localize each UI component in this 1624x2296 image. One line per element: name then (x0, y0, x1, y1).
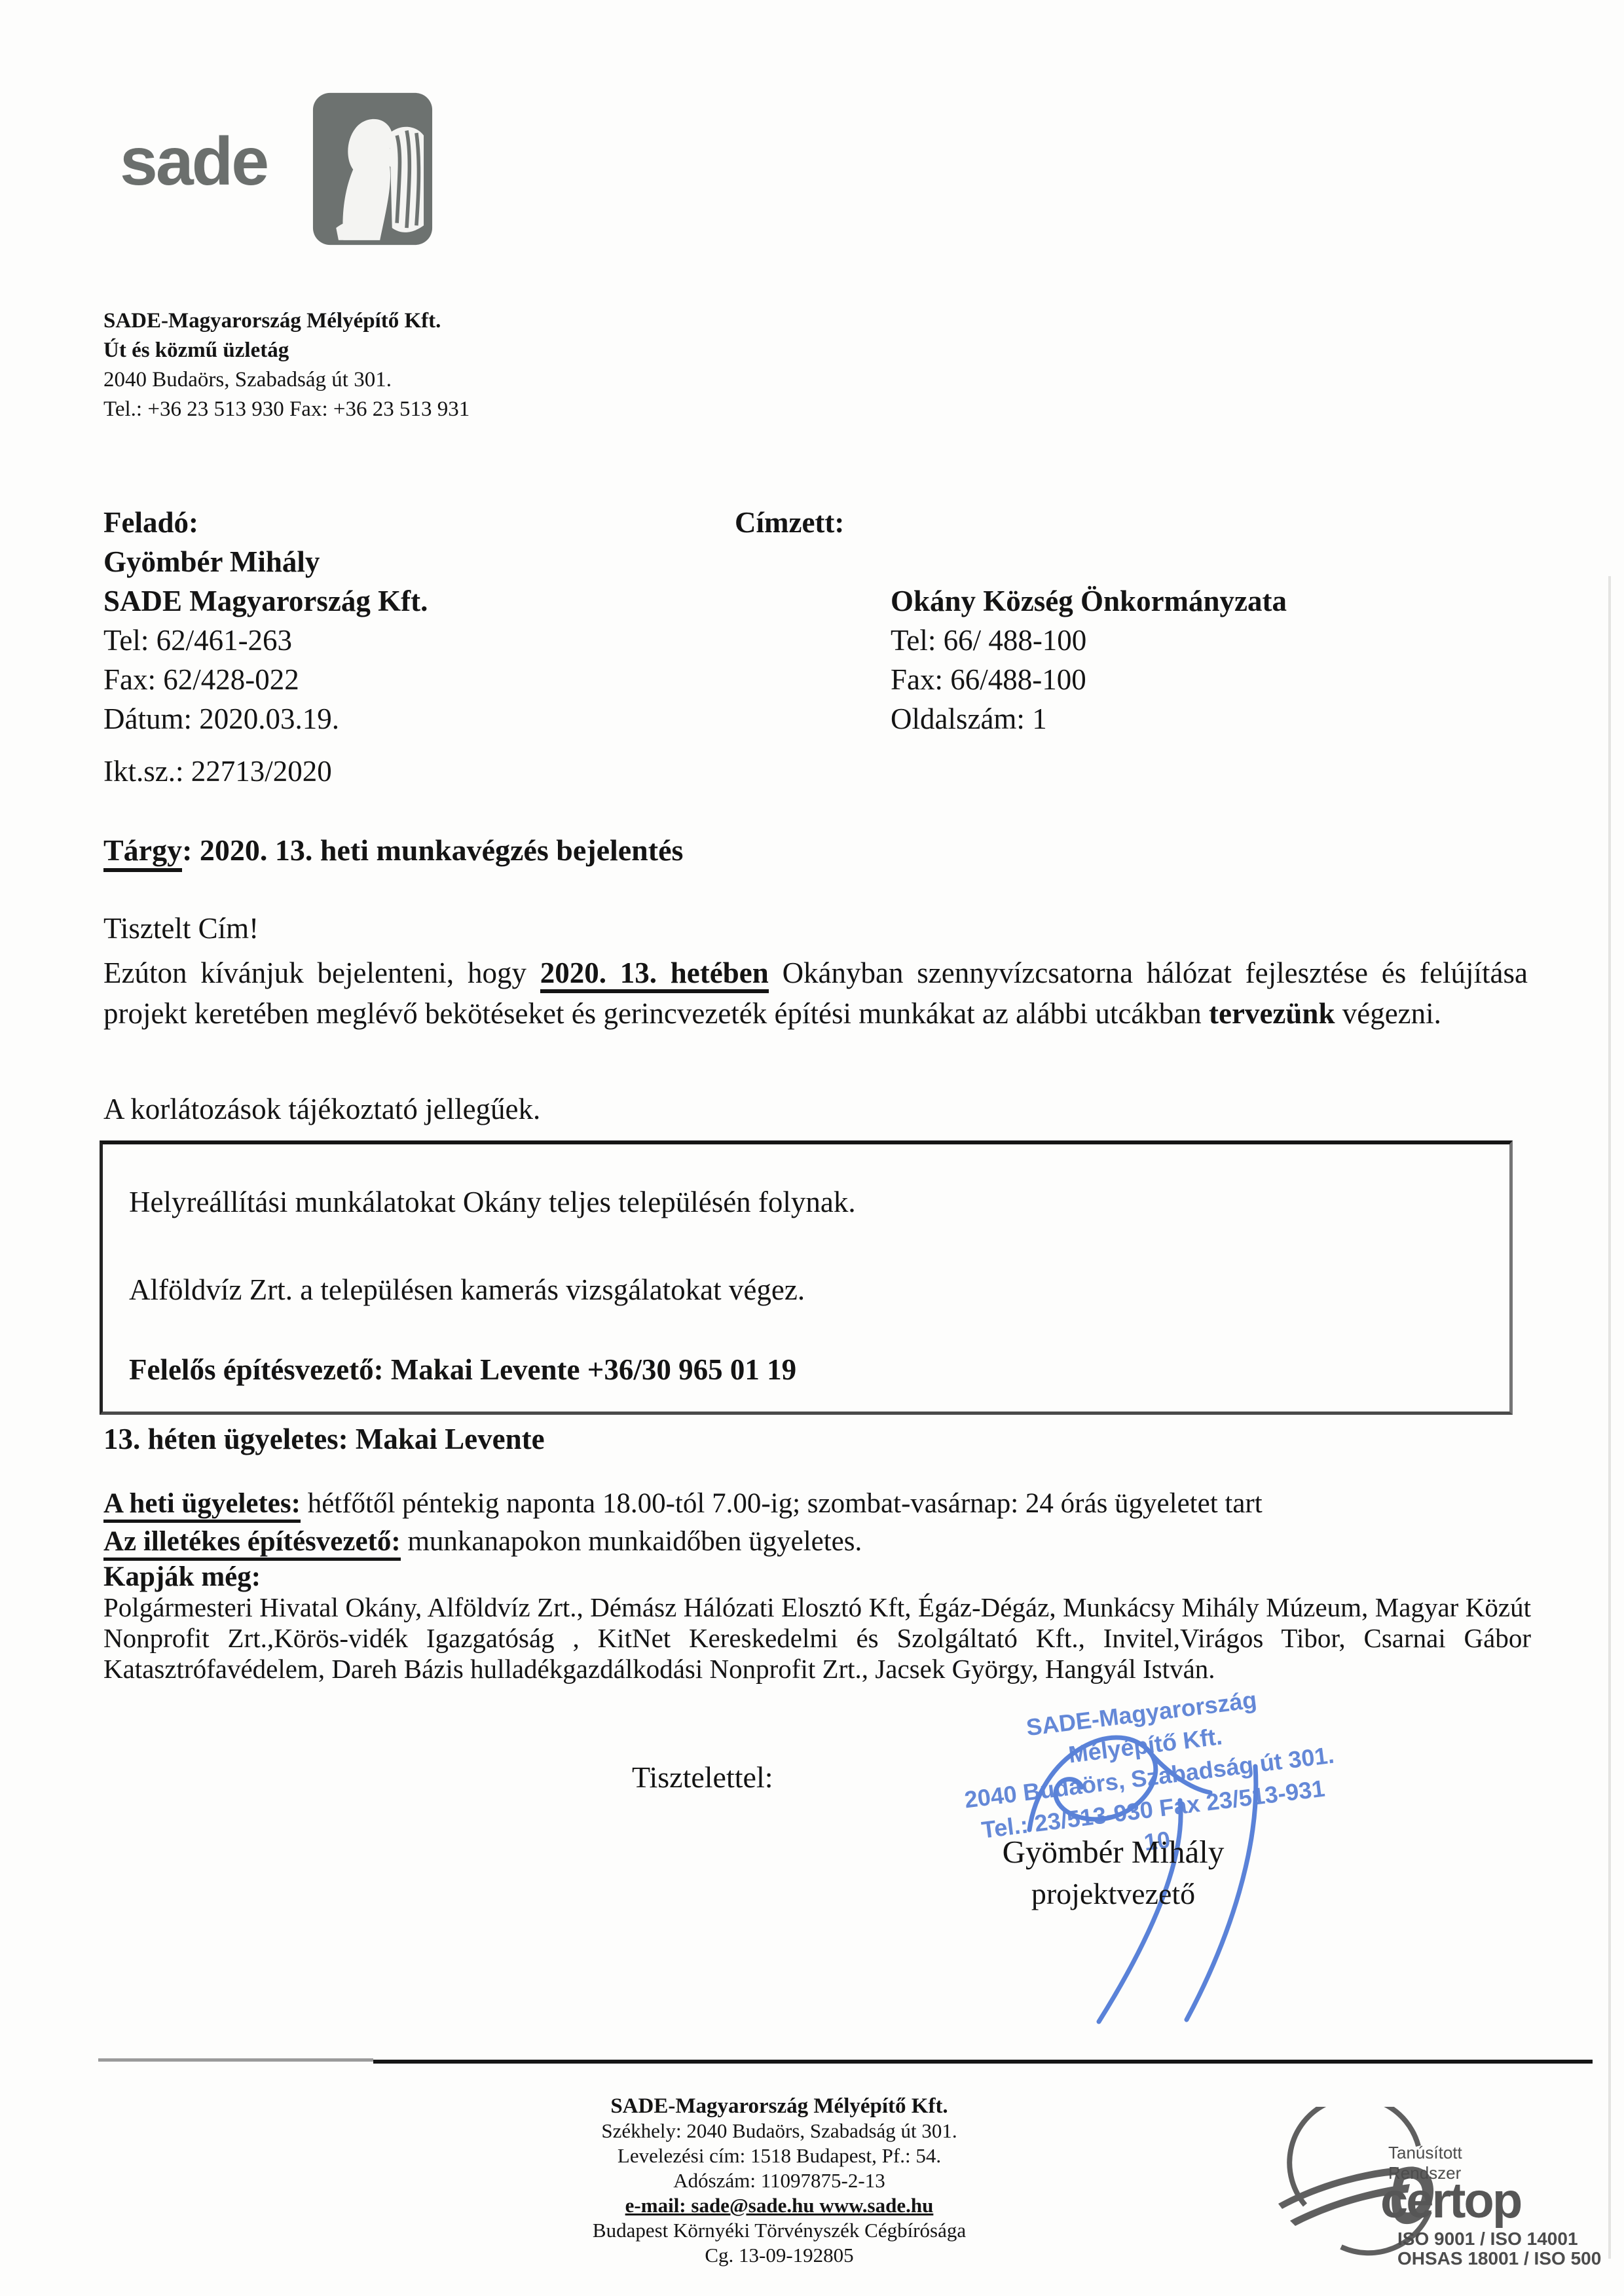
recipient-label: Címzett: (735, 505, 844, 539)
body-bold-word: tervezünk (1209, 997, 1335, 1030)
cc-label: Kapják még: (103, 1561, 261, 1593)
duty-supervisor-line: Az illetékes építésvezető: munkanapokon … (103, 1525, 862, 1558)
recipient-fax: Fax: 66/488-100 (891, 663, 1086, 697)
body-paragraph-2: A korlátozások tájékoztató jellegűek. (103, 1092, 540, 1126)
letterhead-line: Tel.: +36 23 513 930 Fax: +36 23 513 931 (103, 395, 470, 424)
letterhead-company-block: SADE-Magyarország Mélyépítő Kft. Út és k… (103, 306, 470, 424)
sender-company: SADE Magyarország Kft. (103, 584, 428, 618)
letterhead-line: Út és közmű üzletág (103, 336, 470, 365)
duty-supervisor-text: munkanapokon munkaidőben ügyeletes. (401, 1526, 862, 1557)
signer-name: Gyömbér Mihály (930, 1833, 1297, 1870)
recipient-name: Okány Község Önkormányzata (891, 584, 1287, 618)
closing-regards: Tisztelettel: (632, 1760, 773, 1795)
notice-line-site-manager: Felelős építésvezető: Makai Levente +36/… (129, 1353, 796, 1387)
footer-divider-gray (98, 2058, 373, 2062)
certop-tagline: Tanúsított (1388, 2143, 1462, 2163)
recipient-tel: Tel: 66/ 488-100 (891, 623, 1086, 657)
notice-line-alfoldviz: Alföldvíz Zrt. a településen kamerás viz… (129, 1273, 805, 1307)
duty-supervisor-label: Az illetékes építésvezető: (103, 1526, 401, 1561)
subject-line: Tárgy: 2020. 13. heti munkavégzés bejele… (103, 833, 683, 867)
body-paragraph-1: Ezúton kívánjuk bejelenteni, hogy 2020. … (103, 953, 1528, 1034)
duty-weekly-line: A heti ügyeletes: hétfőtől péntekig napo… (103, 1487, 1263, 1520)
footer-line: Adószám: 11097875-2-13 (419, 2168, 1139, 2193)
body-text: Ezúton kívánjuk bejelenteni, hogy (103, 957, 540, 989)
certop-iso-line: ISO 9001 / ISO 14001 (1397, 2229, 1578, 2250)
work-notice-box: Helyreállítási munkálatokat Okány teljes… (100, 1140, 1513, 1415)
certop-iso-line: OHSAS 18001 / ISO 500 (1397, 2248, 1601, 2269)
cc-recipient-list: Polgármesteri Hivatal Okány, Alföldvíz Z… (103, 1592, 1531, 1685)
sender-name: Gyömbér Mihály (103, 545, 320, 579)
sender-label: Feladó: (103, 505, 198, 539)
sender-reference-number: Ikt.sz.: 22713/2020 (103, 754, 332, 788)
sade-logo-icon (312, 92, 434, 246)
notice-line-restoration: Helyreállítási munkálatokat Okány teljes… (129, 1185, 856, 1219)
sade-wordmark: sade (120, 123, 267, 201)
certop-certification-mark: Tanúsított Rendszer certop ISO 9001 / IS… (1276, 2107, 1616, 2290)
footer-divider-black (373, 2060, 1593, 2064)
duty-weekly-label: A heti ügyeletes: (103, 1488, 301, 1523)
duty-week-line: 13. héten ügyeletes: Makai Levente (103, 1422, 545, 1456)
body-emphasis-week: 2020. 13. hetében (540, 957, 769, 993)
footer-email-line: e-mail: sade@sade.hu www.sade.hu (419, 2193, 1139, 2218)
footer-line: Levelezési cím: 1518 Budapest, Pf.: 54. (419, 2143, 1139, 2168)
footer-line: Budapest Környéki Törvényszék Cégbíróság… (419, 2218, 1139, 2243)
subject-label: Tárgy (103, 833, 182, 872)
salutation: Tisztelt Cím! (103, 911, 259, 945)
footer-company-block: SADE-Magyarország Mélyépítő Kft. Székhel… (419, 2094, 1139, 2268)
body-text: végezni. (1335, 997, 1441, 1030)
footer-line: SADE-Magyarország Mélyépítő Kft. (419, 2094, 1139, 2119)
sender-fax: Fax: 62/428-022 (103, 663, 299, 697)
subject-text: : 2020. 13. heti munkavégzés bejelentés (182, 833, 683, 867)
letter-page: sade SADE-Magyarország Mélyépítő Kft. Út… (0, 0, 1624, 2296)
signer-title: projektvezető (930, 1876, 1297, 1911)
duty-weekly-text: hétfőtől péntekig naponta 18.00-tól 7.00… (301, 1488, 1263, 1519)
letterhead-line: SADE-Magyarország Mélyépítő Kft. (103, 306, 470, 336)
footer-line: Cg. 13-09-192805 (419, 2243, 1139, 2268)
certop-brand: certop (1380, 2172, 1521, 2229)
recipient-pages: Oldalszám: 1 (891, 702, 1047, 736)
sender-tel: Tel: 62/461-263 (103, 623, 292, 657)
scan-artifact-line (1608, 576, 1611, 2259)
sender-date: Dátum: 2020.03.19. (103, 702, 339, 736)
footer-line: Székhely: 2040 Budaörs, Szabadság út 301… (419, 2119, 1139, 2143)
letterhead-line: 2040 Budaörs, Szabadság út 301. (103, 365, 470, 395)
